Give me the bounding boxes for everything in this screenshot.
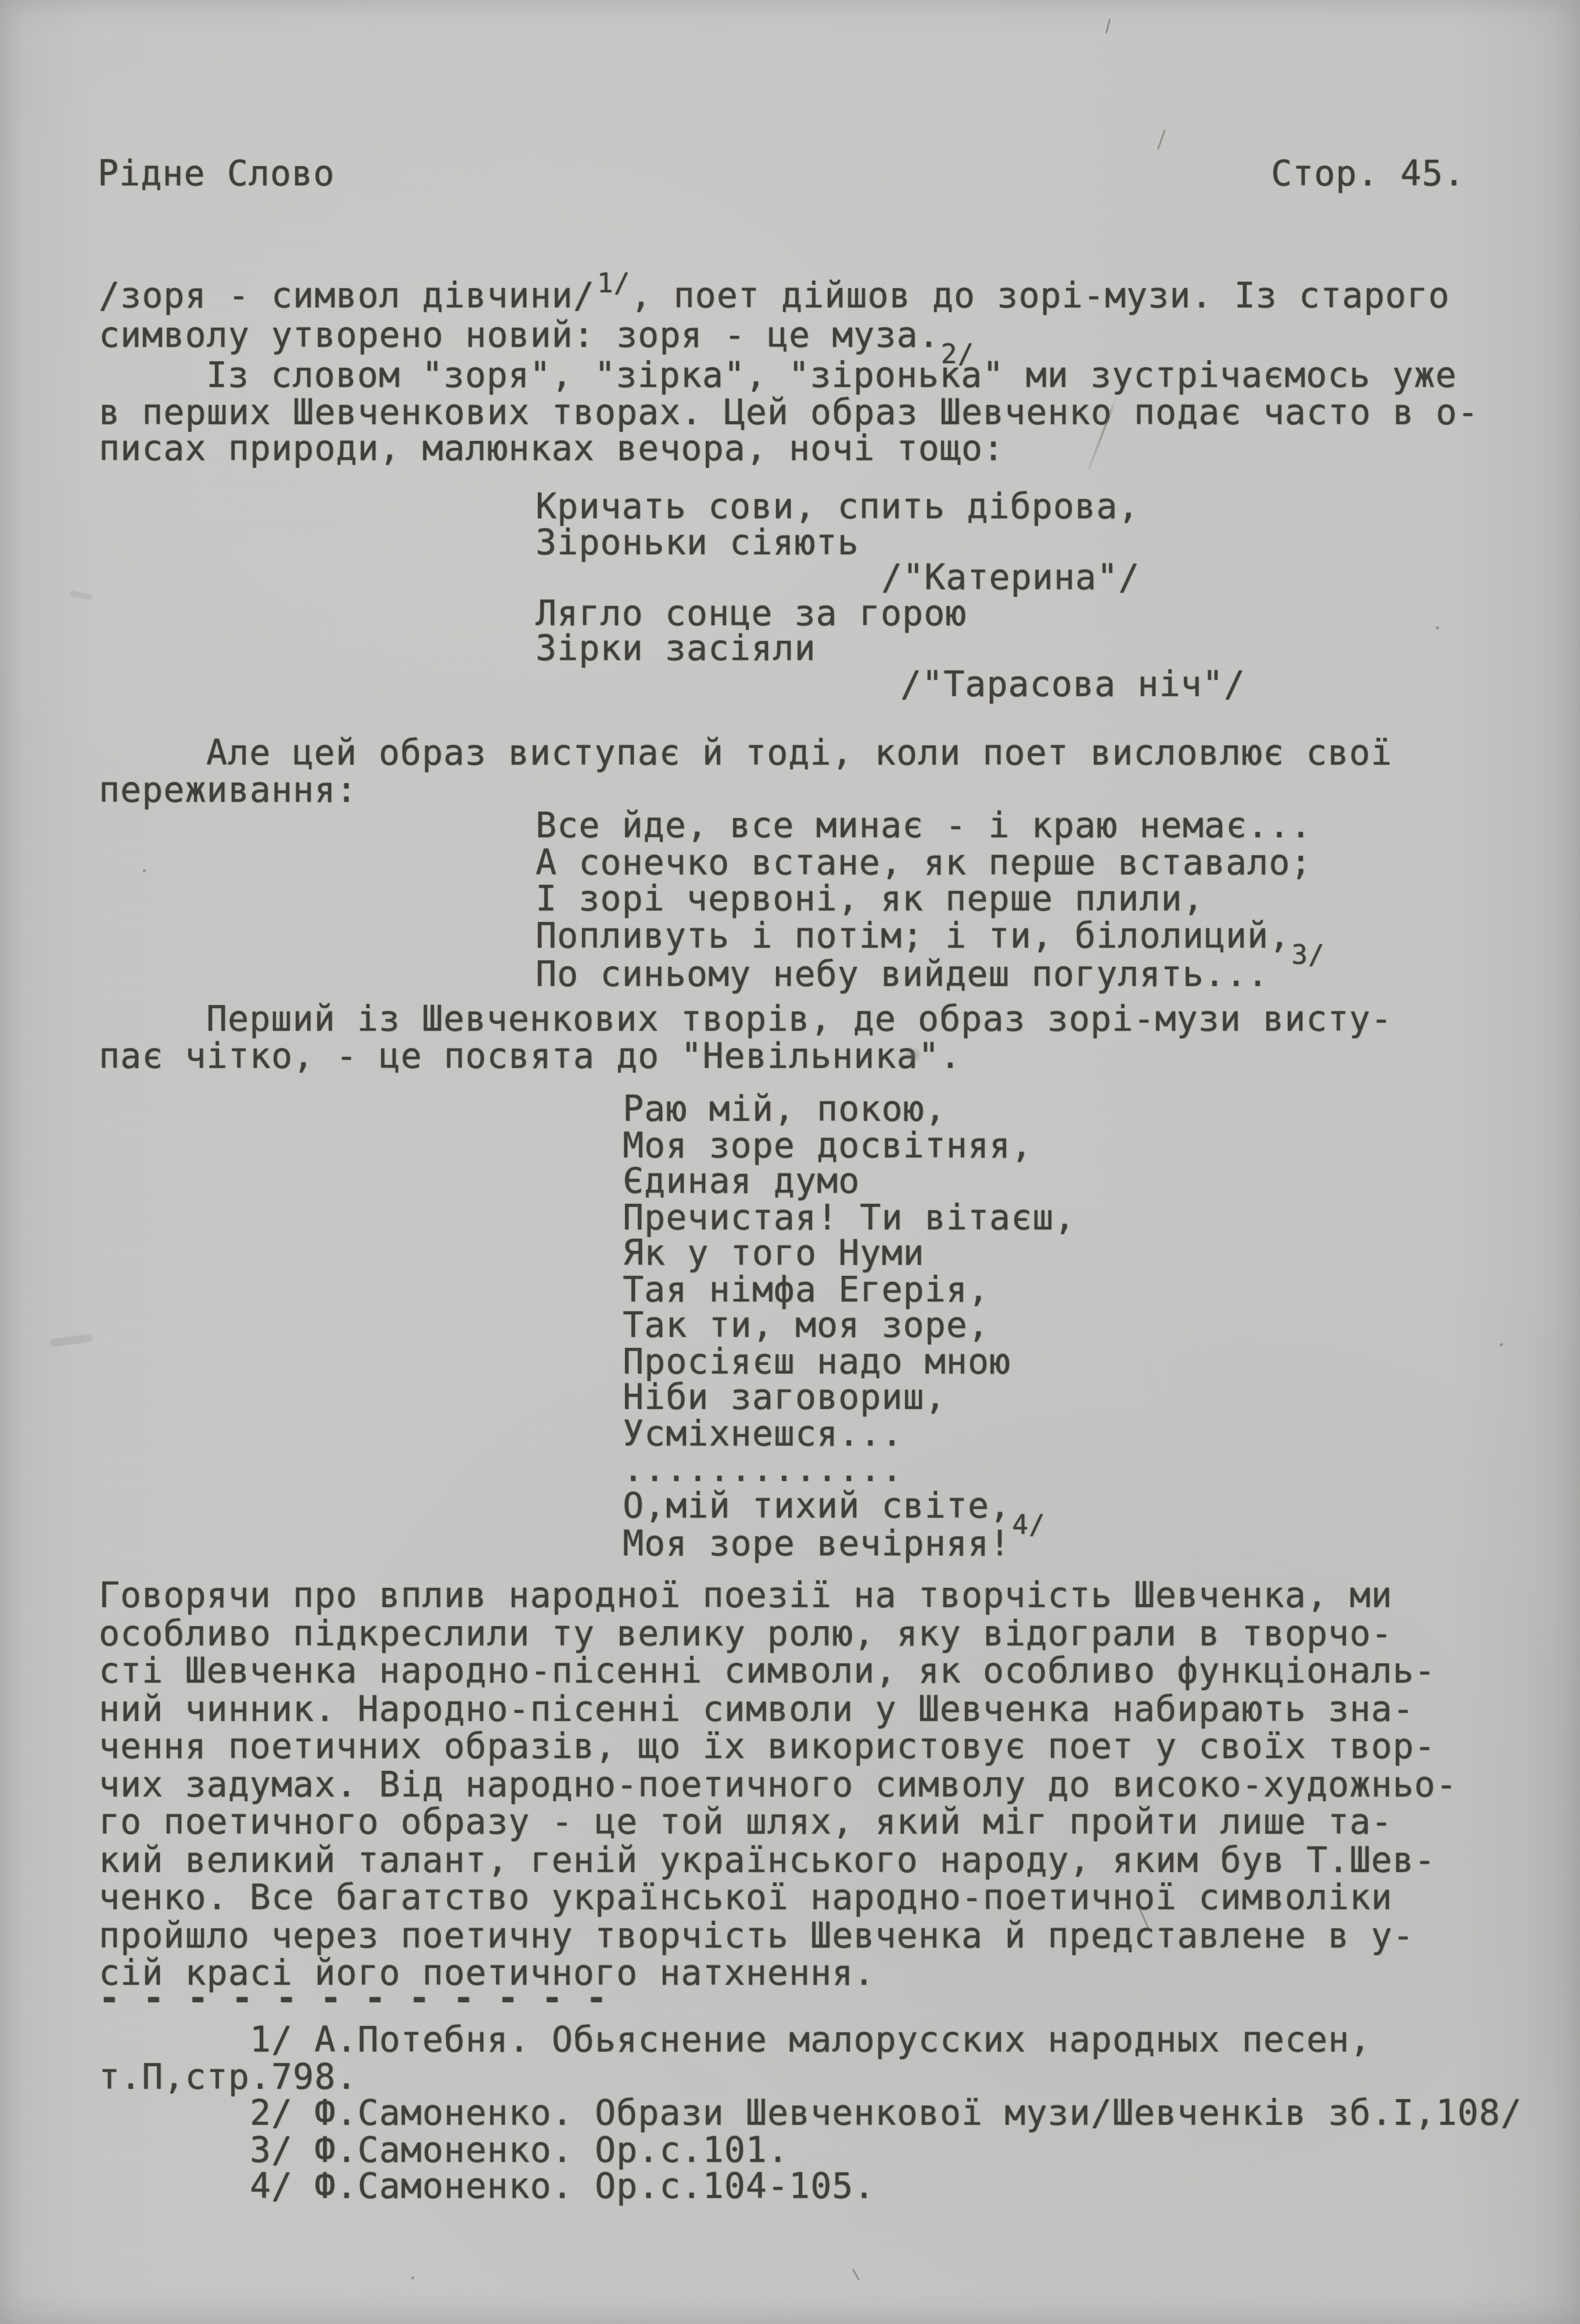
paragraph-pershyi: Перший із Шевченкових творів, де образ з… [99, 1001, 1392, 1074]
verse-line: Тая німфа Егерія, [623, 1272, 1076, 1308]
verse-line: Моя зоре вечірняя! [623, 1526, 1076, 1562]
footnote-line: 4/ Ф.Самоненко. Ор.с.104-105. [99, 2168, 1522, 2205]
verse-quote-dedication: Раю мій, покою,Моя зоре досвітняя,Єдиная… [623, 1091, 1076, 1562]
verse-line: Пречистая! Ти вітаєш, [623, 1200, 1076, 1236]
text-line: в перших Шевченкових творах. Цей образ Ш… [99, 394, 1479, 431]
verse-line: О,мій тихий світе,4/ [623, 1488, 1076, 1526]
footnote-marker: 4/ [1012, 1509, 1045, 1540]
text-line: ченко. Все багатство української народно… [99, 1879, 1457, 1917]
paper-smudge [69, 590, 93, 601]
paper-speck [411, 2276, 414, 2279]
paper-speck [143, 869, 146, 872]
text-line: чих задумах. Від народно-поетичного симв… [99, 1766, 1457, 1804]
pen-tick-mark [1157, 130, 1166, 150]
verse-line: Попливуть і потім; і ти, білолиций,3/ [536, 918, 1325, 957]
verse-line: Як у того Нуми [623, 1235, 1076, 1271]
text-line: Перший із Шевченкових творів, де образ з… [99, 1001, 1392, 1038]
text-line: го поетичного образу - це той шлях, який… [99, 1803, 1457, 1841]
text-line: ний чинник. Народно-пісенні символи у Ше… [99, 1691, 1457, 1728]
footnote-line: 1/ А.Потебня. Обьяснение малорусских нар… [99, 2022, 1522, 2058]
footnote-separator: - - - - - - - - - - - - [99, 1980, 608, 2017]
paper-smudge [49, 1333, 93, 1347]
verse-line: По синьому небу вийдеш погулять... [536, 956, 1325, 993]
text-line: переживання: [99, 772, 1392, 809]
footnote-marker: 3/ [1291, 939, 1324, 970]
verse-line: Зірки засіяли [536, 631, 1245, 666]
paper-speck [852, 2269, 860, 2281]
text-line: Але цей образ виступає й тоді, коли поет… [99, 735, 1392, 772]
verse-quote-katerina: Кричать сови, спить діброва,Зіроньки сія… [536, 489, 1245, 702]
verse-line: А сонечко встане, як перше вставало; [536, 845, 1325, 881]
scanned-typewritten-page: Рідне Слово Стор. 45. /зоря - символ дів… [0, 0, 1580, 2324]
verse-line: Зіроньки сіяють [536, 525, 1245, 561]
paragraph-continuation: /зоря - символ дівчини/1/, поет дійшов д… [99, 278, 1450, 356]
footnote-line: т.П,стр.798. [99, 2059, 1522, 2096]
verse-line: І зорі червоні, як перше плили, [536, 881, 1325, 917]
footnotes: 1/ А.Потебня. Обьяснение малорусских нар… [99, 2022, 1522, 2205]
verse-line: Ніби заговориш, [623, 1379, 1076, 1415]
paragraph-iz-slovom: Із словом "зоря", "зірка", "зіронька" ми… [99, 357, 1479, 467]
text-line: чення поетичних образів, що їх використо… [99, 1728, 1457, 1766]
page-number: Стор. 45. [1271, 156, 1465, 192]
verse-line: Просіяєш надо мною [623, 1344, 1076, 1380]
paper-speck [1436, 626, 1439, 629]
footnote-marker: 1/ [597, 267, 630, 299]
text-line: кий великий талант, геній українського н… [99, 1842, 1457, 1880]
quote-attribution: /"Катерина"/ [536, 560, 1245, 596]
quote-attribution: /"Тарасова ніч"/ [536, 667, 1245, 702]
text-line: пає чітко, - це посвята до "Невільника". [99, 1038, 1392, 1075]
paragraph-ale: Але цей образ виступає й тоді, коли поет… [99, 735, 1392, 808]
text-line: символу утворено новий: зоря - це муза.2… [99, 317, 1450, 356]
journal-title: Рідне Слово [98, 156, 335, 192]
paper-speck [1105, 19, 1111, 34]
paper-speck [1500, 1343, 1503, 1346]
verse-line: Усміхнешся... [623, 1416, 1076, 1452]
text-line: особливо підкреслили ту велику ролю, яку… [99, 1615, 1457, 1653]
verse-line: Все йде, все минає - і краю немає... [536, 808, 1325, 844]
paragraph-hovoriachy: Говорячи про вплив народної поезії на тв… [99, 1577, 1457, 1992]
footnote-line: 2/ Ф.Самоненко. Образи Шевченкової музи/… [99, 2095, 1522, 2132]
verse-line: Раю мій, покою, [623, 1091, 1076, 1127]
text-line: Із словом "зоря", "зірка", "зіронька" ми… [99, 357, 1479, 394]
text-line: /зоря - символ дівчини/1/, поет дійшов д… [99, 278, 1450, 317]
verse-line: Єдиная думо [623, 1163, 1076, 1199]
verse-quote-vse-yde: Все йде, все минає - і краю немає...А со… [536, 808, 1325, 993]
text-line: писах природи, малюнках вечора, ночі тощ… [99, 431, 1479, 467]
verse-line: Моя зоре досвітняя, [623, 1128, 1076, 1164]
verse-line: Так ти, моя зоре, [623, 1307, 1076, 1343]
text-line: пройшло через поетичну творчість Шевченк… [99, 1917, 1457, 1955]
footnote-line: 3/ Ф.Самоненко. Ор.с.101. [99, 2132, 1522, 2169]
verse-line: ............. [623, 1451, 1076, 1487]
text-line: сті Шевченка народно-пісенні символи, як… [99, 1652, 1457, 1690]
verse-line: Лягло сонце за горою [536, 596, 1245, 632]
verse-line: Кричать сови, спить діброва, [536, 489, 1245, 525]
text-line: Говорячи про вплив народної поезії на тв… [99, 1577, 1457, 1615]
